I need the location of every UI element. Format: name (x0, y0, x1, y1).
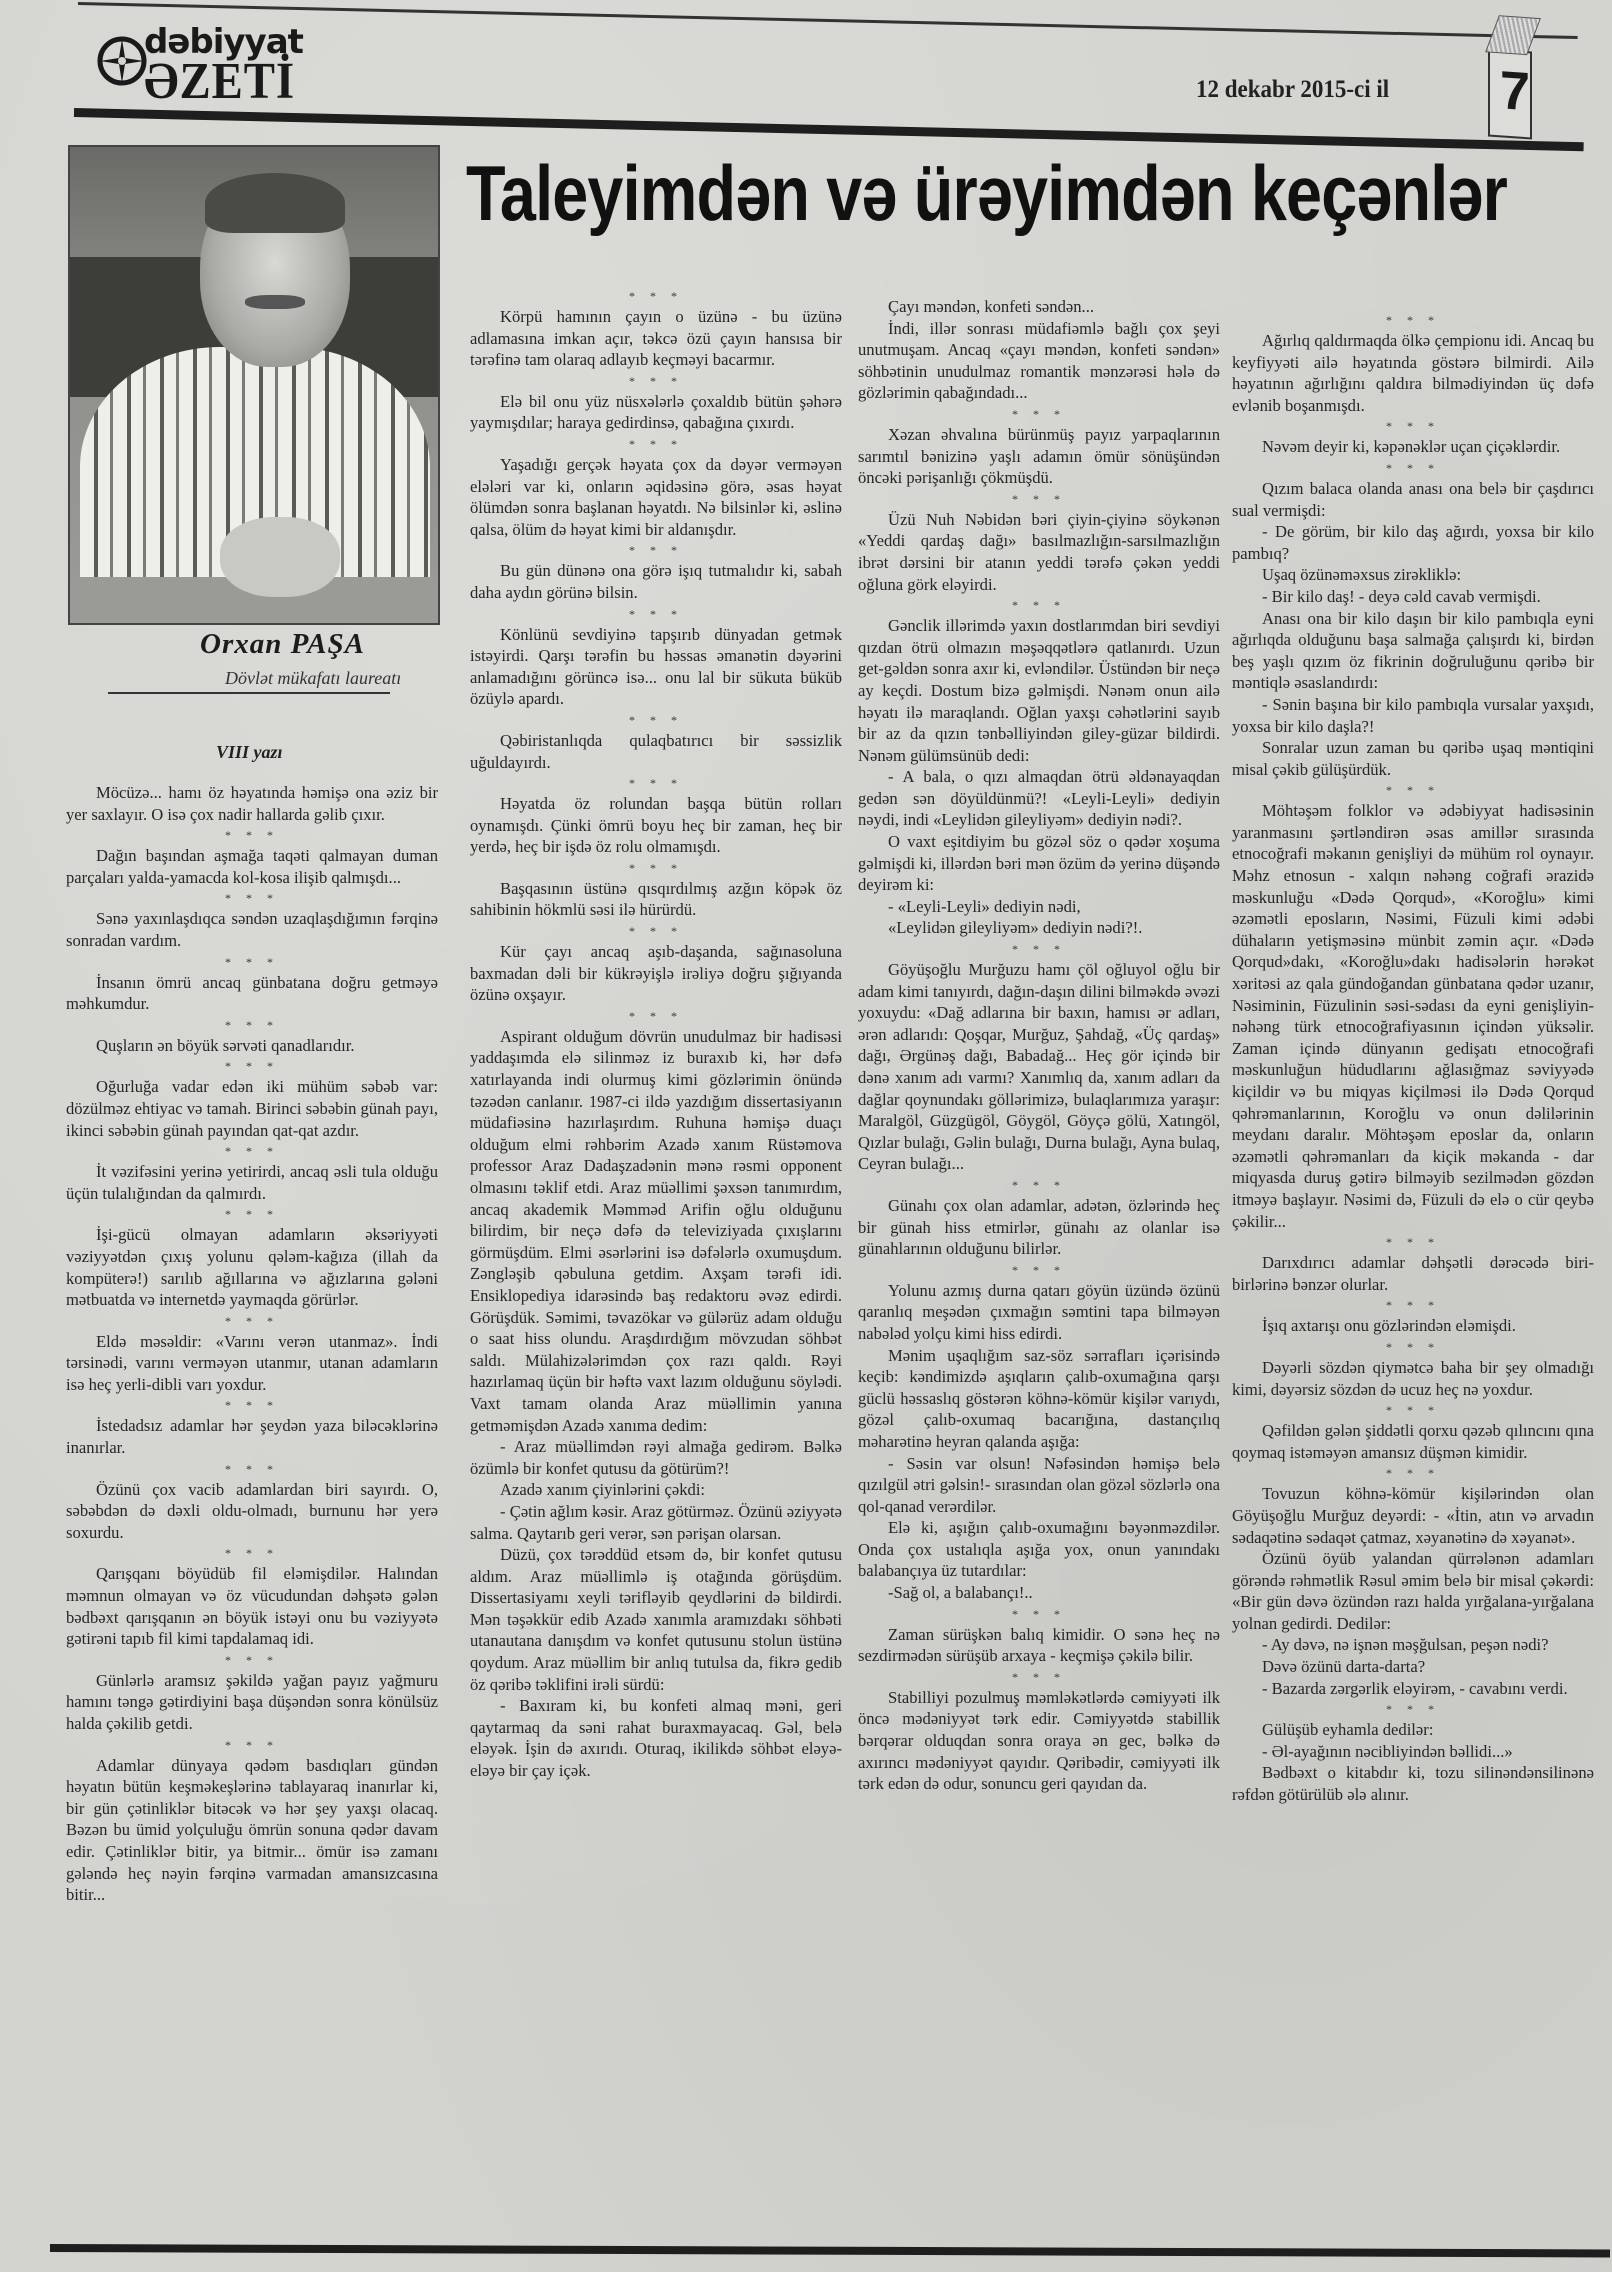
section-divider: * * * (470, 434, 842, 454)
section-divider: * * * (470, 540, 842, 560)
masthead-logo: dəbiyyat ƏZETİ (96, 22, 356, 102)
section-divider: * * * (1232, 458, 1594, 478)
paragraph: - «Leyli-Leyli» dediyin nədi, (858, 896, 1220, 918)
paragraph: İşıq axtarışı onu gözlərindən eləmişdi. (1232, 1315, 1594, 1337)
newspaper-page: dəbiyyat ƏZETİ 12 dekabr 2015-ci il 7 Or… (0, 0, 1612, 2272)
section-divider: * * * (66, 1395, 438, 1415)
paragraph: İt vəzifəsini yerinə yetirirdi, ancaq əs… (66, 1161, 438, 1204)
author-title: Dövlət mükafatı laureatı (225, 668, 401, 689)
section-divider: * * * (66, 952, 438, 972)
text-column-2: * * *Körpü hamının çayın o üzünə - bu üz… (470, 286, 842, 1782)
paragraph: Qarışqanı böyüdüb fil eləmişdilər. Halın… (66, 1563, 438, 1649)
paragraph: Çayı məndən, konfeti səndən... (858, 296, 1220, 318)
section-divider: * * * (858, 404, 1220, 424)
page-number: 7 (1500, 59, 1530, 123)
paragraph: Elə ki, aşığın çalıb-oxumağını bəyənməzd… (858, 1517, 1220, 1582)
section-divider: * * * (858, 939, 1220, 959)
text-column-4: * * *Ağırlıq qaldırmaqda ölkə çempionu i… (1232, 310, 1594, 1806)
author-name: Orxan PAŞA (200, 628, 365, 661)
paragraph: Gənclik illərimdə yaxın dostlarımdan bir… (858, 615, 1220, 766)
section-divider: * * * (66, 1650, 438, 1670)
text-column-1: Möcüzə... hamı öz həyatında həmişə ona ə… (66, 782, 438, 1906)
paragraph: Eldə məsəldir: «Varını verən utanmaz». İ… (66, 1331, 438, 1396)
paragraph: - A bala, o qızı almaqdan ötrü əldənayaq… (858, 766, 1220, 831)
section-divider: * * * (858, 1604, 1220, 1624)
section-divider: * * * (470, 371, 842, 391)
section-divider: * * * (470, 286, 842, 306)
paragraph: Quşların ən böyük sərvəti qanadlarıdır. (66, 1035, 438, 1057)
paragraph: Könlünü sevdiyinə tapşırıb dünyadan getm… (470, 624, 842, 710)
author-portrait-photo (68, 145, 440, 625)
section-divider: * * * (66, 888, 438, 908)
section-divider: * * * (66, 1056, 438, 1076)
section-divider: * * * (470, 710, 842, 730)
paragraph: Darıxdırıcı adamlar dəhşətli dərəcədə bi… (1232, 1252, 1594, 1295)
paragraph: Göyüşoğlu Murğuzu hamı çöl oğluyol oğlu … (858, 959, 1220, 1175)
author-rule-divider (108, 692, 390, 694)
paragraph: Düzü, çox tərəddüd etsəm də, bir konfet … (470, 1544, 842, 1695)
paragraph: Körpü hamının çayın o üzünə - bu üzünə a… (470, 306, 842, 371)
paragraph: Özünü öyüb yalandan qürrələnən adamları … (1232, 1548, 1594, 1634)
paragraph: Sonralar uzun zaman bu qəribə uşaq mənti… (1232, 737, 1594, 780)
series-label: VIII yazı (216, 742, 283, 763)
section-divider: * * * (858, 1175, 1220, 1195)
issue-date: 12 dekabr 2015-ci il (1196, 76, 1389, 104)
section-divider: * * * (470, 921, 842, 941)
paragraph: - Əl-ayağının nəcibliyindən bəllidi...» (1232, 1741, 1594, 1763)
paragraph: Azadə xanım çiyinlərini çəkdi: (470, 1479, 842, 1501)
open-book-icon: 7 (1488, 48, 1532, 139)
section-divider: * * * (1232, 1232, 1594, 1252)
photo-hair (205, 173, 345, 233)
paragraph: - De görüm, bir kilo daş ağırdı, yoxsa b… (1232, 521, 1594, 564)
section-divider: * * * (1232, 1337, 1594, 1357)
paragraph: Möhtəşəm folklor və ədəbiyyat hadisəsini… (1232, 800, 1594, 1232)
paragraph: - Ay dəvə, nə işnən məşğulsan, peşən nəd… (1232, 1634, 1594, 1656)
paragraph: Kür çayı ancaq aşıb-daşanda, sağınasolun… (470, 941, 842, 1006)
paragraph: Yolunu azmış durna qatarı göyün üzündə ö… (858, 1280, 1220, 1345)
section-divider: * * * (470, 604, 842, 624)
paragraph: Dəvə özünü darta-darta? (1232, 1656, 1594, 1678)
paragraph: Dəyərli sözdən qiymətcə baha bir şey olm… (1232, 1357, 1594, 1400)
paragraph: - Araz müəllimdən rəyi almağa gedirəm. B… (470, 1436, 842, 1479)
section-divider: * * * (66, 1543, 438, 1563)
paragraph: - Sənin başına bir kilo pambıqla vursala… (1232, 694, 1594, 737)
section-divider: * * * (470, 1006, 842, 1026)
paragraph: Yaşadığı gerçək həyata çox da dəyər verm… (470, 454, 842, 540)
section-divider: * * * (858, 1260, 1220, 1280)
paragraph: Qızım balaca olanda anası ona belə bir ç… (1232, 478, 1594, 521)
paragraph: Aspirant olduğum dövrün unudulmaz bir ha… (470, 1026, 842, 1436)
paragraph: - Bir kilo daş! - deyə cəld cavab vermiş… (1232, 586, 1594, 608)
paragraph: İşi-gücü olmayan adamların əksəriyyəti v… (66, 1224, 438, 1310)
paragraph: -Sağ ol, a balabançı!.. (858, 1582, 1220, 1604)
photo-hands (220, 517, 340, 597)
paragraph: O vaxt eşitdiyim bu gözəl söz o qədər xo… (858, 831, 1220, 896)
paragraph: Bu gün dünənə ona görə işıq tutmalıdır k… (470, 560, 842, 603)
section-divider: * * * (858, 1667, 1220, 1687)
paragraph: Tovuzun köhnə-kömür kişilərindən olan Gö… (1232, 1483, 1594, 1548)
section-divider: * * * (66, 1735, 438, 1755)
paragraph: Qəbiristanlıqda qulaqbatırıcı bir səssiz… (470, 730, 842, 773)
paragraph: Gülüşüb eyhamla dedilər: (1232, 1719, 1594, 1741)
section-divider: * * * (1232, 1463, 1594, 1483)
section-divider: * * * (66, 1141, 438, 1161)
paragraph: Ağırlıq qaldırmaqda ölkə çempionu idi. A… (1232, 330, 1594, 416)
paragraph: Adamlar dünyaya qədəm basdıqları gündən … (66, 1755, 438, 1906)
section-divider: * * * (1232, 780, 1594, 800)
paragraph: Anası ona bir kilo daşın bir kilo pambıq… (1232, 608, 1594, 694)
section-divider: * * * (1232, 1699, 1594, 1719)
section-divider: * * * (1232, 310, 1594, 330)
paragraph: İndi, illər sonrası müdafiəmlə bağlı çox… (858, 318, 1220, 404)
text-column-3: Çayı məndən, konfeti səndən...İndi, illə… (858, 296, 1220, 1795)
photo-mustache (245, 295, 305, 309)
paragraph: Həyatda öz rolundan başqa bütün rolları … (470, 793, 842, 858)
section-divider: * * * (1232, 416, 1594, 436)
paragraph: Zaman sürüşkən balıq kimidir. O sənə heç… (858, 1624, 1220, 1667)
section-divider: * * * (1232, 1400, 1594, 1420)
paragraph: Stabilliyi pozulmuş məmləkətlərdə cəmiyy… (858, 1687, 1220, 1795)
bottom-rule-divider (50, 2244, 1610, 2257)
paragraph: - Səsin var olsun! Nəfəsindən həmişə bel… (858, 1453, 1220, 1518)
paragraph: Sənə yaxınlaşdıqca səndən uzaqlaşdığımın… (66, 908, 438, 951)
paragraph: Oğurluğa vadar edən iki mühüm səbəb var:… (66, 1076, 438, 1141)
section-divider: * * * (858, 489, 1220, 509)
paragraph: - Baxıram ki, bu konfeti almaq məni, ger… (470, 1695, 842, 1781)
paragraph: Günlərlə aramsız şəkildə yağan payız yağ… (66, 1670, 438, 1735)
paragraph: Günahı çox olan adamlar, adətən, özlərin… (858, 1195, 1220, 1260)
section-divider: * * * (858, 595, 1220, 615)
paragraph: Mənim uşaqlığım saz-söz sərrafları içəri… (858, 1345, 1220, 1453)
section-divider: * * * (66, 825, 438, 845)
paragraph: Möcüzə... hamı öz həyatında həmişə ona ə… (66, 782, 438, 825)
paragraph: Bədbəxt o kitabdır ki, tozu silinəndənsi… (1232, 1762, 1594, 1805)
section-divider: * * * (470, 858, 842, 878)
section-divider: * * * (1232, 1295, 1594, 1315)
paragraph: Üzü Nuh Nəbidən bəri çiyin-çiyinə söykən… (858, 509, 1220, 595)
paragraph: İnsanın ömrü ancaq günbatana doğru getmə… (66, 972, 438, 1015)
section-divider: * * * (66, 1015, 438, 1035)
section-divider: * * * (66, 1459, 438, 1479)
paragraph: Özünü çox vacib adamlardan biri sayırdı.… (66, 1479, 438, 1544)
paragraph: Qəfildən gələn şiddətli qorxu qəzəb qılı… (1232, 1420, 1594, 1463)
paragraph: Dağın başından aşmağa taqəti qalmayan du… (66, 845, 438, 888)
section-divider: * * * (66, 1204, 438, 1224)
compass-star-emblem-icon (96, 30, 148, 92)
paragraph: - Çətin ağlım kəsir. Araz götürməz. Özün… (470, 1501, 842, 1544)
section-divider: * * * (66, 1311, 438, 1331)
logo-text-line2: ƏZETİ (144, 52, 295, 111)
paragraph: Nəvəm deyir ki, kəpənəklər uçan çiçəklər… (1232, 436, 1594, 458)
paragraph: Xəzan əhvalına bürünmüş payız yarpaqları… (858, 424, 1220, 489)
paragraph: - Bazarda zərgərlik eləyirəm, - cavabını… (1232, 1678, 1594, 1700)
section-divider: * * * (470, 773, 842, 793)
paragraph: İstedadsız adamlar hər şeydən yaza biləc… (66, 1415, 438, 1458)
paragraph: «Leylidən gileyliyəm» dediyin nədi?!. (858, 917, 1220, 939)
paragraph: Başqasının üstünə qısqırdılmış azğın köp… (470, 878, 842, 921)
paragraph: Uşaq özünəməxsus zirəkliklə: (1232, 564, 1594, 586)
paragraph: Elə bil onu yüz nüsxələrlə çoxaldıb bütü… (470, 391, 842, 434)
article-headline: Taleyimdən və ürəyimdən keçənlər (466, 148, 1507, 239)
